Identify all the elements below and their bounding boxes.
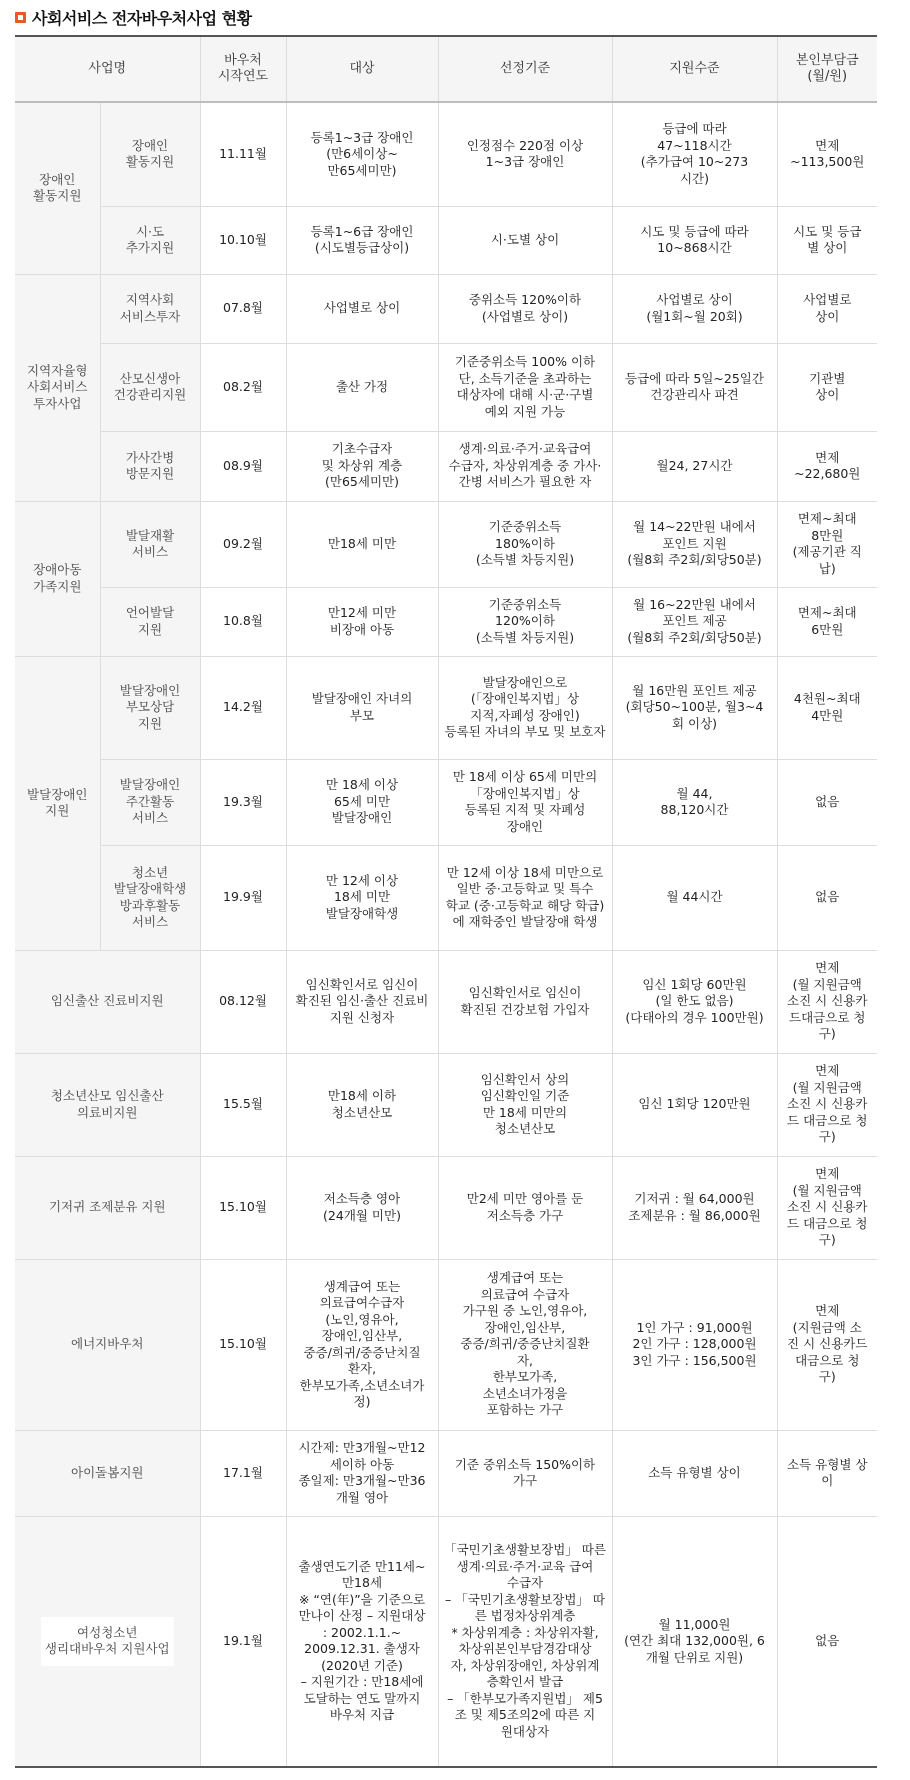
- target: 만18세 미만: [286, 501, 438, 587]
- support-level: 월 16~22만원 내에서 포인트 제공 (월8회 주2회/회당50분): [612, 587, 777, 656]
- copay: 시도 및 등급 별 상이: [777, 206, 877, 274]
- program-name: 에너지바우처: [15, 1259, 200, 1430]
- program-name: 발달장애인 주간활동 서비스: [100, 759, 200, 845]
- start-year: 08.9월: [200, 431, 286, 501]
- support-level: 기저귀 : 월 64,000원 조제분유 : 월 86,000원: [612, 1156, 777, 1259]
- table-row: 여성청소년 생리대바우처 지원사업 19.1월 출생연도기준 만11세~ 만18…: [15, 1516, 877, 1767]
- program-name: 산모신생아 건강관리지원: [100, 343, 200, 431]
- start-year: 08.12월: [200, 950, 286, 1053]
- copay: 기관별 상이: [777, 343, 877, 431]
- target: 등록1~3급 장애인 (만6세이상~ 만65세미만): [286, 102, 438, 206]
- start-year: 19.9월: [200, 845, 286, 950]
- copay: 면제 (월 지원금액 소진 시 신용카 드 대금으로 청 구): [777, 1156, 877, 1259]
- section-title-text: 사회서비스 전자바우처사업 현황: [32, 6, 252, 29]
- copay: 면제 ~113,500원: [777, 102, 877, 206]
- table-row: 발달장애인 지원 발달장애인 부모상담 지원 14.2월 발달장애인 자녀의 부…: [15, 656, 877, 759]
- header-name: 사업명: [15, 36, 200, 102]
- program-name: 발달재활 서비스: [100, 501, 200, 587]
- criteria: 생계급여 또는 의료급여 수급자 가구원 중 노인,영유아, 장애인,임산부, …: [438, 1259, 612, 1430]
- support-level: 임신 1회당 60만원 (일 한도 없음) (다태아의 경우 100만원): [612, 950, 777, 1053]
- table-row: 산모신생아 건강관리지원 08.2월 출산 가정 기준중위소득 100% 이하 …: [15, 343, 877, 431]
- start-year: 19.3월: [200, 759, 286, 845]
- table-row: 기저귀 조제분유 지원 15.10월 저소득층 영아 (24개월 미만) 만2세…: [15, 1156, 877, 1259]
- start-year: 15.10월: [200, 1156, 286, 1259]
- support-level: 월 11,000원 (연간 최대 132,000원, 6 개월 단위로 지원): [612, 1516, 777, 1767]
- start-year: 15.5월: [200, 1053, 286, 1156]
- criteria: 임신확인서로 임신이 확진된 건강보험 가입자: [438, 950, 612, 1053]
- criteria: 기준중위소득 100% 이하 단, 소득기준을 초과하는 대상자에 대해 시·군…: [438, 343, 612, 431]
- table-header-row: 사업명 바우처 시작연도 대상 선정기준 지원수준 본인부담금 (월/원): [15, 36, 877, 102]
- support-level: 월 44시간: [612, 845, 777, 950]
- header-support: 지원수준: [612, 36, 777, 102]
- target: 출산 가정: [286, 343, 438, 431]
- support-level: 월 44, 88,120시간: [612, 759, 777, 845]
- start-year: 17.1월: [200, 1430, 286, 1516]
- support-level: 등급에 따라 47~118시간 (추가급여 10~273 시간): [612, 102, 777, 206]
- support-level: 시도 및 등급에 따라 10~868시간: [612, 206, 777, 274]
- criteria: 발달장애인으로 (「장애인복지법」상 지적,자폐성 장애인) 등록된 자녀의 부…: [438, 656, 612, 759]
- start-year: 10.8월: [200, 587, 286, 656]
- table-row: 에너지바우처 15.10월 생계급여 또는 의료급여수급자 (노인,영유아, 장…: [15, 1259, 877, 1430]
- start-year: 09.2월: [200, 501, 286, 587]
- support-level: 등급에 따라 5일~25일간 건강관리사 파견: [612, 343, 777, 431]
- copay: 없음: [777, 759, 877, 845]
- criteria: 만2세 미만 영아를 둔 저소득층 가구: [438, 1156, 612, 1259]
- copay: 없음: [777, 845, 877, 950]
- start-year: 14.2월: [200, 656, 286, 759]
- target: 기초수급자 및 차상위 계층 (만65세미만): [286, 431, 438, 501]
- criteria: 시·도별 상이: [438, 206, 612, 274]
- voucher-program-table: 사업명 바우처 시작연도 대상 선정기준 지원수준 본인부담금 (월/원) 장애…: [15, 35, 877, 1768]
- program-name: 지역사회 서비스투자: [100, 274, 200, 343]
- orange-square-bullet-icon: [15, 12, 26, 23]
- section-title: 사회서비스 전자바우처사업 현황: [15, 6, 252, 28]
- target: 저소득층 영아 (24개월 미만): [286, 1156, 438, 1259]
- support-level: 월 14~22만원 내에서 포인트 지원 (월8회 주2회/회당50분): [612, 501, 777, 587]
- start-year: 11.11월: [200, 102, 286, 206]
- group-cell: 발달장애인 지원: [15, 656, 100, 950]
- program-name: 장애인 활동지원: [100, 102, 200, 206]
- copay: 4천원~최대 4만원: [777, 656, 877, 759]
- support-level: 임신 1회당 120만원: [612, 1053, 777, 1156]
- target: 등록1~6급 장애인 (시도별등급상이): [286, 206, 438, 274]
- start-year: 08.2월: [200, 343, 286, 431]
- program-name: 가사간병 방문지원: [100, 431, 200, 501]
- program-name: 기저귀 조제분유 지원: [15, 1156, 200, 1259]
- copay: 소득 유형별 상 이: [777, 1430, 877, 1516]
- program-name: 임신출산 진료비지원: [15, 950, 200, 1053]
- criteria: 기준중위소득 120%이하 (소득별 차등지원): [438, 587, 612, 656]
- start-year: 19.1월: [200, 1516, 286, 1767]
- table-row: 장애인 활동지원 장애인 활동지원 11.11월 등록1~3급 장애인 (만6세…: [15, 102, 877, 206]
- header-target: 대상: [286, 36, 438, 102]
- header-copay: 본인부담금 (월/원): [777, 36, 877, 102]
- copay: 면제 (지원금액 소 진 시 신용카드 대금으로 청 구): [777, 1259, 877, 1430]
- target: 만 18세 이상 65세 미만 발달장애인: [286, 759, 438, 845]
- table-row: 시·도 추가지원 10.10월 등록1~6급 장애인 (시도별등급상이) 시·도…: [15, 206, 877, 274]
- group-cell: 지역자율형 사회서비스 투자사업: [15, 274, 100, 501]
- table-row: 지역자율형 사회서비스 투자사업 지역사회 서비스투자 07.8월 사업별로 상…: [15, 274, 877, 343]
- copay: 면제 (월 지원금액 소진 시 신용카 드대금으로 청 구): [777, 950, 877, 1053]
- program-name: 여성청소년 생리대바우처 지원사업: [15, 1516, 200, 1767]
- criteria: 생계·의료·주거·교육급여 수급자, 차상위계층 중 가사·간병 서비스가 필요…: [438, 431, 612, 501]
- start-year: 10.10월: [200, 206, 286, 274]
- group-cell: 장애인 활동지원: [15, 102, 100, 274]
- header-year: 바우처 시작연도: [200, 36, 286, 102]
- criteria: 기준 중위소득 150%이하 가구: [438, 1430, 612, 1516]
- criteria: 기준중위소득 180%이하 (소득별 차등지원): [438, 501, 612, 587]
- criteria: 인정점수 220점 이상 1~3급 장애인: [438, 102, 612, 206]
- table-row: 발달장애인 주간활동 서비스 19.3월 만 18세 이상 65세 미만 발달장…: [15, 759, 877, 845]
- group-cell: 장애아동 가족지원: [15, 501, 100, 656]
- copay: 면제 ~22,680원: [777, 431, 877, 501]
- program-name: 청소년산모 임신출산 의료비지원: [15, 1053, 200, 1156]
- target: 만 12세 이상 18세 미만 발달장애학생: [286, 845, 438, 950]
- table-row: 장애아동 가족지원 발달재활 서비스 09.2월 만18세 미만 기준중위소득 …: [15, 501, 877, 587]
- table-row: 임신출산 진료비지원 08.12월 임신확인서로 임신이 확진된 임신·출산 진…: [15, 950, 877, 1053]
- program-name: 시·도 추가지원: [100, 206, 200, 274]
- target: 만12세 미만 비장애 아동: [286, 587, 438, 656]
- support-level: 소득 유형별 상이: [612, 1430, 777, 1516]
- target: 생계급여 또는 의료급여수급자 (노인,영유아, 장애인,임산부, 중증/희귀/…: [286, 1259, 438, 1430]
- target: 만18세 이하 청소년산모: [286, 1053, 438, 1156]
- table-row: 가사간병 방문지원 08.9월 기초수급자 및 차상위 계층 (만65세미만) …: [15, 431, 877, 501]
- target: 발달장애인 자녀의 부모: [286, 656, 438, 759]
- program-name: 청소년 발달장애학생 방과후활동 서비스: [100, 845, 200, 950]
- program-name: 아이돌봄지원: [15, 1430, 200, 1516]
- table-row: 청소년산모 임신출산 의료비지원 15.5월 만18세 이하 청소년산모 임신확…: [15, 1053, 877, 1156]
- program-name: 발달장애인 부모상담 지원: [100, 656, 200, 759]
- header-criteria: 선정기준: [438, 36, 612, 102]
- program-name: 언어발달 지원: [100, 587, 200, 656]
- start-year: 15.10월: [200, 1259, 286, 1430]
- target: 출생연도기준 만11세~ 만18세 ※ “연(年)”을 기준으로 만나이 산정 …: [286, 1516, 438, 1767]
- table-row: 언어발달 지원 10.8월 만12세 미만 비장애 아동 기준중위소득 120%…: [15, 587, 877, 656]
- copay: 면제~최대 8만원 (제공기관 직 납): [777, 501, 877, 587]
- copay: 면제~최대 6만원: [777, 587, 877, 656]
- support-level: 월 16만원 포인트 제공 (회당50~100분, 월3~4 회 이상): [612, 656, 777, 759]
- support-level: 1인 가구 : 91,000원 2인 가구 : 128,000원 3인 가구 :…: [612, 1259, 777, 1430]
- program-name-text: 여성청소년 생리대바우처 지원사업: [41, 1617, 174, 1666]
- support-level: 사업별로 상이 (월1회~월 20회): [612, 274, 777, 343]
- target: 사업별로 상이: [286, 274, 438, 343]
- table-row: 아이돌봄지원 17.1월 시간제: 만3개월~만12 세이하 아동 종일제: 만…: [15, 1430, 877, 1516]
- criteria: 임신확인서 상의 임신확인일 기준 만 18세 미만의 청소년산모: [438, 1053, 612, 1156]
- target: 임신확인서로 임신이 확진된 임신·출산 진료비 지원 신청자: [286, 950, 438, 1053]
- target: 시간제: 만3개월~만12 세이하 아동 종일제: 만3개월~만36 개월 영아: [286, 1430, 438, 1516]
- start-year: 07.8월: [200, 274, 286, 343]
- copay: 면제 (월 지원금액 소진 시 신용카 드 대금으로 청 구): [777, 1053, 877, 1156]
- criteria: 「국민기초생활보장법」 따른 생계·의료·주거·교육 급여 수급자 – 「국민기…: [438, 1516, 612, 1767]
- table-row: 청소년 발달장애학생 방과후활동 서비스 19.9월 만 12세 이상 18세 …: [15, 845, 877, 950]
- criteria: 만 12세 이상 18세 미만으로 일반 중·고등학교 및 특수 학교 (중·고…: [438, 845, 612, 950]
- criteria: 만 18세 이상 65세 미만의 「장애인복지법」상 등록된 지적 및 자폐성 …: [438, 759, 612, 845]
- copay: 사업별로 상이: [777, 274, 877, 343]
- copay: 없음: [777, 1516, 877, 1767]
- support-level: 월24, 27시간: [612, 431, 777, 501]
- criteria: 중위소득 120%이하 (사업별로 상이): [438, 274, 612, 343]
